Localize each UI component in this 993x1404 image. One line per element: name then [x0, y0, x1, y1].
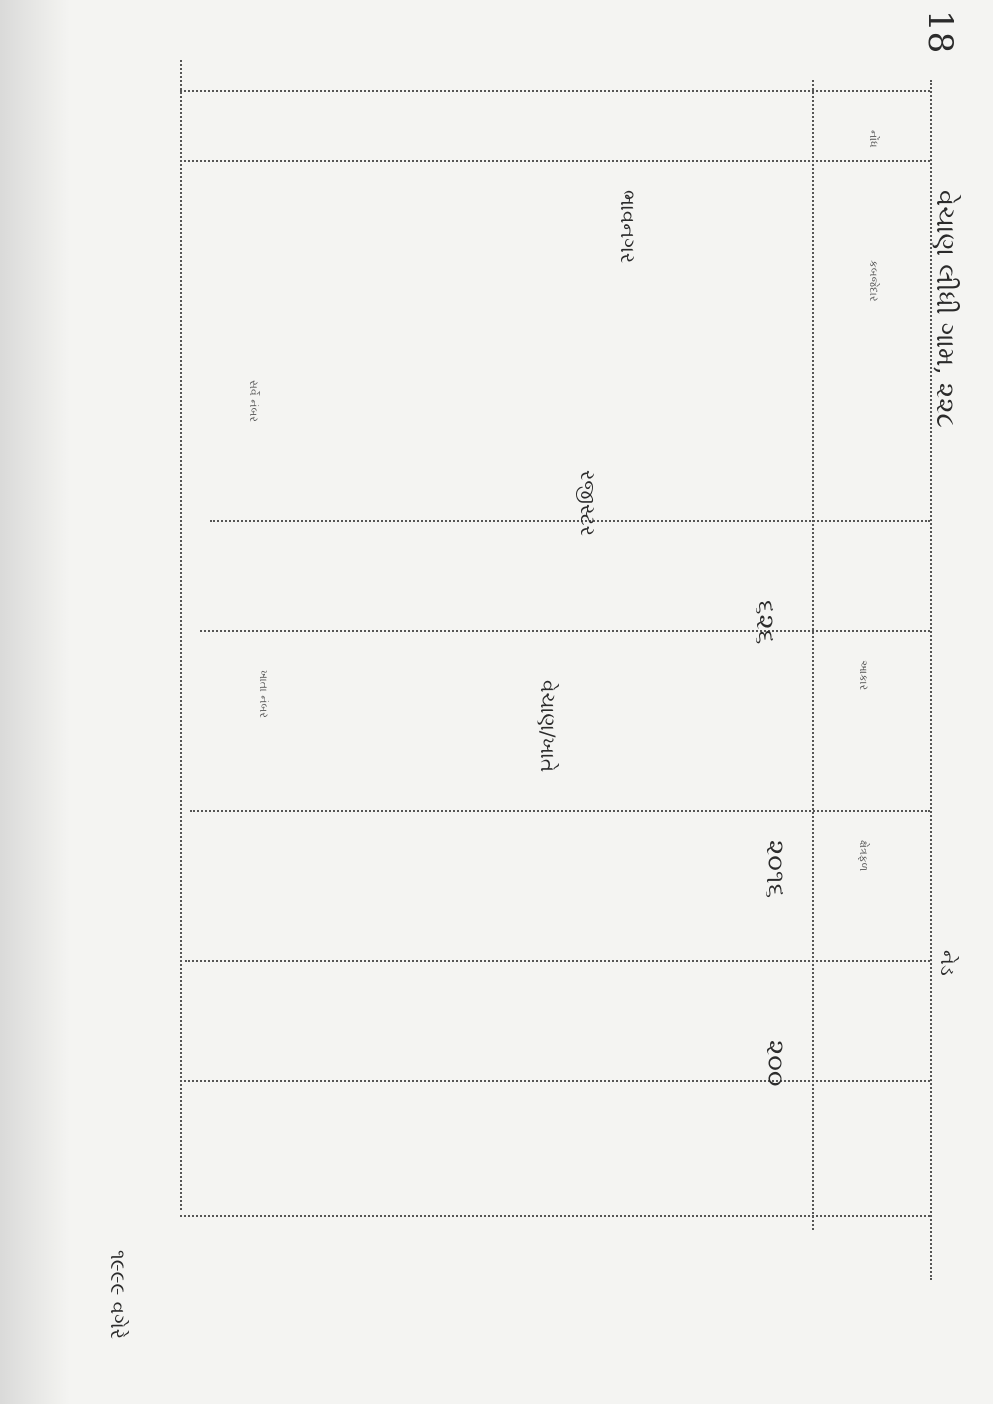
handwritten-note: ૧૯૯૯ વગેરે	[106, 1250, 130, 1339]
handwritten-note: ૬૨૬	[749, 600, 780, 644]
page-number: 18	[920, 10, 960, 53]
row-line	[180, 1080, 930, 1082]
handwritten-note: નેડ	[936, 950, 960, 976]
table-border-top	[180, 90, 930, 92]
header-label: નોંધ	[866, 130, 880, 148]
scan-shadow	[0, 0, 70, 1404]
header-label: આકાર	[856, 660, 870, 690]
table-column-line	[812, 80, 814, 1230]
table-border-left	[180, 60, 182, 1210]
handwritten-note: વેચાણ/ખાતે	[536, 680, 560, 772]
header-label: કબજેદાર	[866, 260, 880, 302]
header-label: ક્ષેત્રફળ	[856, 840, 870, 871]
row-line	[200, 630, 930, 632]
handwritten-note: ભાવનગર	[616, 190, 640, 263]
handwritten-note: વેચાણ લીધી ગામ, ૨૨૮	[929, 190, 960, 428]
row-line	[180, 160, 930, 162]
handwritten-note: ૨૦૦	[759, 1040, 790, 1087]
header-label: સર્વે નંબર	[246, 380, 260, 422]
row-line	[210, 520, 930, 522]
table-border-bottom	[180, 1215, 930, 1217]
row-line	[190, 810, 930, 812]
handwritten-note: રજીસ્ટર	[576, 470, 600, 536]
header-label: ખાતા નંબર	[256, 670, 270, 718]
handwritten-note: ૨૦૧૬	[759, 840, 790, 898]
row-line	[185, 960, 930, 962]
